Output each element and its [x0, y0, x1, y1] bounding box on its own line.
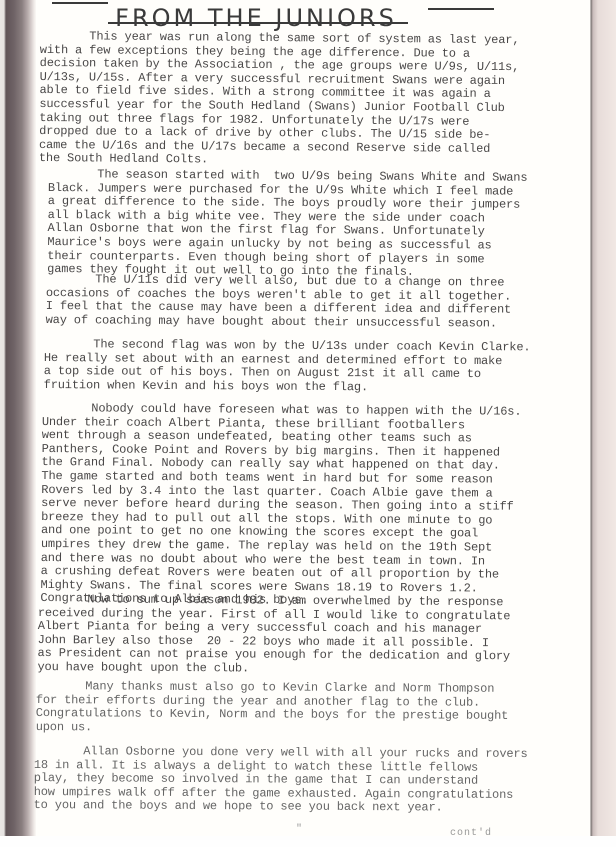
paragraph-u13s: The second flag was won by the U/13s und…: [44, 338, 564, 396]
title-underline: [108, 22, 408, 24]
paragraph-summary: Now to sum up season 1982. I am overwhel…: [37, 593, 558, 678]
paragraph-u9s: The season started with two U/9s being S…: [47, 168, 568, 281]
header-rule-right: [428, 8, 494, 10]
page-mark: ": [296, 824, 302, 835]
paragraph-u11s: The U/11s did very well also, but due to…: [46, 273, 566, 331]
document-title: FROM THE JUNIORS: [106, 4, 406, 32]
paragraph-thanks: Many thanks must also go to Kevin Clarke…: [36, 680, 556, 738]
header-rule-left: [52, 2, 108, 4]
paragraph-u16s: Nobody could have foreseen what was to h…: [40, 402, 562, 610]
scan-bottom-margin: [0, 836, 616, 847]
continued-note: cont'd: [450, 828, 492, 839]
page-right-edge: [590, 0, 616, 836]
book-binding-shadow: [0, 0, 36, 836]
paragraph-intro: This year was run along the same sort of…: [39, 30, 560, 170]
paragraph-allan-osborne: Allan Osborne you done very well with al…: [34, 745, 554, 816]
